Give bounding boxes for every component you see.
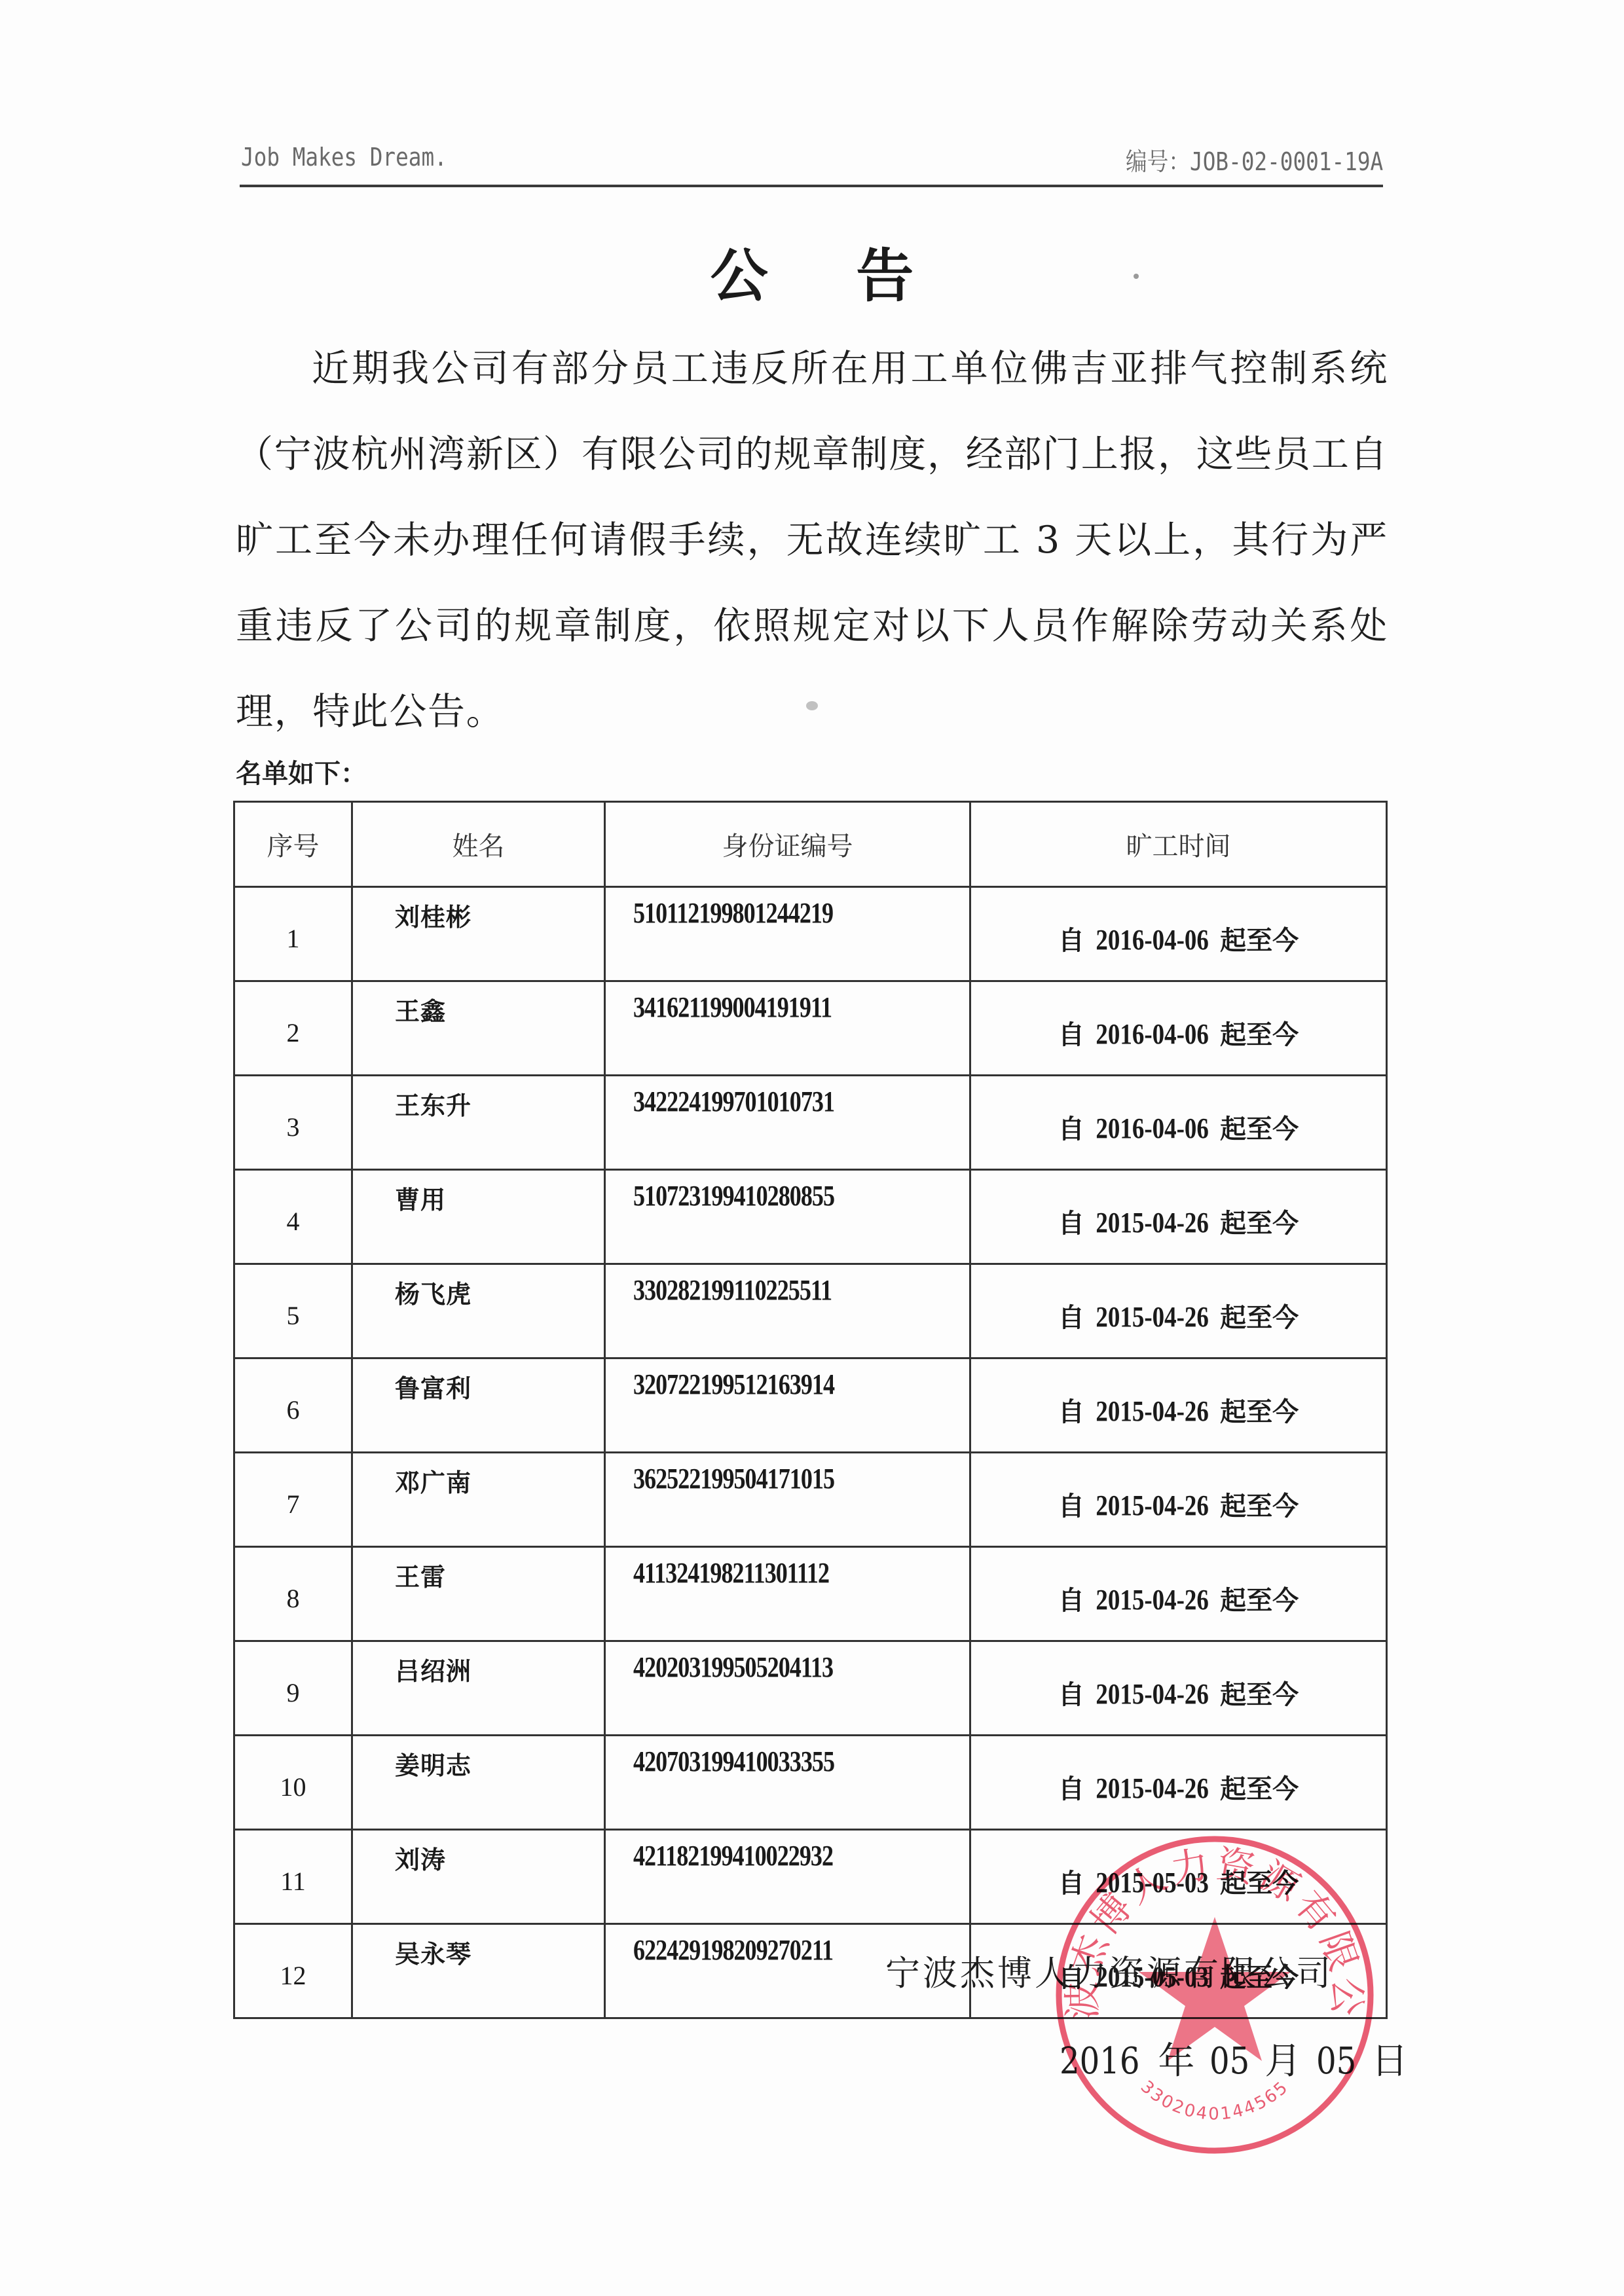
row-name: 吴永琴 xyxy=(395,1934,604,1970)
row-absence-cell: 自 2016-04-06 起至今 xyxy=(970,1076,1387,1170)
row-name-cell: 曹用 xyxy=(352,1170,605,1264)
signature-month-unit: 月 xyxy=(1264,2040,1301,2083)
row-index: 4 xyxy=(234,1170,352,1264)
absence-prefix: 自 xyxy=(1058,920,1084,957)
row-index: 11 xyxy=(234,1830,352,1924)
announcement-body: 近期我公司有部分员工违反所在用工单位佛吉亚排气控制系统（宁波杭州湾新区）有限公司… xyxy=(236,326,1388,755)
document-page: Job Makes Dream. 编号：JOB-02-0001-19A 公 告 … xyxy=(0,0,1624,2296)
row-absence-cell: 自 2015-04-26 起至今 xyxy=(970,1170,1387,1264)
row-absence-time: 自 2015-04-26 起至今 xyxy=(1058,1203,1299,1240)
absence-prefix: 自 xyxy=(1058,1203,1084,1240)
row-id-number: 420203199505204113 xyxy=(633,1650,909,1684)
row-name: 王鑫 xyxy=(395,991,604,1027)
absence-date: 2016-04-06 xyxy=(1096,923,1208,957)
row-id-number: 341621199004191911 xyxy=(633,991,909,1024)
absence-suffix: 起至今 xyxy=(1220,1014,1299,1051)
row-absence-cell: 自 2015-04-26 起至今 xyxy=(970,1736,1387,1830)
absence-date: 2015-04-26 xyxy=(1096,1677,1208,1711)
table-body: 1刘桂彬510112199801244219自 2016-04-06 起至今2王… xyxy=(234,887,1387,2018)
row-name-cell: 姜明志 xyxy=(352,1736,605,1830)
row-name: 曹用 xyxy=(395,1180,604,1216)
row-id-cell: 510723199410280855 xyxy=(605,1170,970,1264)
row-index: 8 xyxy=(234,1547,352,1641)
row-absence-time: 自 2016-04-06 起至今 xyxy=(1058,920,1299,957)
row-name: 王雷 xyxy=(395,1557,604,1593)
row-id-number: 510723199410280855 xyxy=(633,1179,909,1212)
absence-date: 2016-04-06 xyxy=(1096,1017,1208,1051)
row-id-cell: 342224199701010731 xyxy=(605,1076,970,1170)
row-name-cell: 杨飞虎 xyxy=(352,1264,605,1358)
row-index: 1 xyxy=(234,887,352,981)
row-name: 鲁富利 xyxy=(395,1368,604,1404)
header-doc-number: 编号：JOB-02-0001-19A xyxy=(1126,141,1383,177)
absence-date: 2015-04-26 xyxy=(1096,1300,1208,1334)
row-name-cell: 吕绍洲 xyxy=(352,1641,605,1736)
row-name-cell: 王雷 xyxy=(352,1547,605,1641)
row-absence-time: 自 2015-04-26 起至今 xyxy=(1058,1580,1299,1617)
absence-date: 2015-04-26 xyxy=(1096,1489,1208,1522)
absence-suffix: 起至今 xyxy=(1220,1391,1299,1429)
signature-company: 宁波杰博人力资源有限公司 xyxy=(885,1946,1333,1995)
signature-day-unit: 日 xyxy=(1371,2040,1408,2083)
absence-suffix: 起至今 xyxy=(1220,1674,1299,1711)
row-name: 邓广南 xyxy=(395,1463,604,1499)
absence-prefix: 自 xyxy=(1058,1391,1084,1429)
row-name-cell: 王东升 xyxy=(352,1076,605,1170)
row-index: 2 xyxy=(234,981,352,1076)
header-divider xyxy=(240,185,1383,187)
row-name-cell: 吴永琴 xyxy=(352,1924,605,2018)
row-absence-cell: 自 2015-05-03 起至今 xyxy=(970,1830,1387,1924)
column-header-id-number: 身份证编号 xyxy=(605,802,970,887)
absence-prefix: 自 xyxy=(1058,1863,1084,1900)
absence-date: 2015-05-03 xyxy=(1096,1866,1208,1899)
absence-prefix: 自 xyxy=(1058,1108,1084,1146)
row-name: 杨飞虎 xyxy=(395,1274,604,1310)
row-id-cell: 420703199410033355 xyxy=(605,1736,970,1830)
row-absence-time: 自 2015-05-03 起至今 xyxy=(1058,1863,1299,1900)
absence-suffix: 起至今 xyxy=(1220,920,1299,957)
list-label: 名单如下： xyxy=(236,753,367,790)
column-header-index: 序号 xyxy=(234,802,352,887)
table-row: 7邓广南362522199504171015自 2015-04-26 起至今 xyxy=(234,1453,1387,1547)
row-absence-time: 自 2015-04-26 起至今 xyxy=(1058,1391,1299,1429)
row-id-number: 510112199801244219 xyxy=(633,896,909,930)
row-absence-cell: 自 2015-04-26 起至今 xyxy=(970,1358,1387,1453)
row-index: 9 xyxy=(234,1641,352,1736)
absence-date: 2015-04-26 xyxy=(1096,1583,1208,1616)
row-name: 刘涛 xyxy=(395,1840,604,1876)
row-index: 5 xyxy=(234,1264,352,1358)
signature-day: 05 xyxy=(1316,2040,1356,2083)
column-header-absence-time: 旷工时间 xyxy=(970,802,1387,887)
row-absence-time: 自 2015-04-26 起至今 xyxy=(1058,1485,1299,1523)
table-row: 9吕绍洲420203199505204113自 2015-04-26 起至今 xyxy=(234,1641,1387,1736)
row-id-cell: 510112199801244219 xyxy=(605,887,970,981)
row-name-cell: 鲁富利 xyxy=(352,1358,605,1453)
table-row: 4曹用510723199410280855自 2015-04-26 起至今 xyxy=(234,1170,1387,1264)
document-title: 公 告 xyxy=(0,230,1624,313)
table-row: 1刘桂彬510112199801244219自 2016-04-06 起至今 xyxy=(234,887,1387,981)
row-index: 7 xyxy=(234,1453,352,1547)
table-row: 10姜明志420703199410033355自 2015-04-26 起至今 xyxy=(234,1736,1387,1830)
row-name: 姜明志 xyxy=(395,1745,604,1781)
row-name-cell: 刘涛 xyxy=(352,1830,605,1924)
row-name: 吕绍洲 xyxy=(395,1651,604,1687)
row-id-number: 362522199504171015 xyxy=(633,1462,909,1495)
row-absence-cell: 自 2015-04-26 起至今 xyxy=(970,1453,1387,1547)
row-id-number: 320722199512163914 xyxy=(633,1368,909,1401)
table-row: 8王雷411324198211301112自 2015-04-26 起至今 xyxy=(234,1547,1387,1641)
absence-suffix: 起至今 xyxy=(1220,1580,1299,1617)
row-absence-cell: 自 2015-04-26 起至今 xyxy=(970,1547,1387,1641)
column-header-name: 姓名 xyxy=(352,802,605,887)
row-name: 王东升 xyxy=(395,1085,604,1121)
row-id-number: 342224199701010731 xyxy=(633,1085,909,1118)
row-id-cell: 411324198211301112 xyxy=(605,1547,970,1641)
scan-speck xyxy=(806,701,818,710)
absence-date: 2015-04-26 xyxy=(1096,1394,1208,1428)
table-row: 3王东升342224199701010731自 2016-04-06 起至今 xyxy=(234,1076,1387,1170)
absence-suffix: 起至今 xyxy=(1220,1485,1299,1523)
row-name-cell: 邓广南 xyxy=(352,1453,605,1547)
row-name: 刘桂彬 xyxy=(395,897,604,933)
row-absence-cell: 自 2016-04-06 起至今 xyxy=(970,887,1387,981)
row-absence-cell: 自 2015-04-26 起至今 xyxy=(970,1264,1387,1358)
row-id-cell: 341621199004191911 xyxy=(605,981,970,1076)
row-name-cell: 刘桂彬 xyxy=(352,887,605,981)
row-id-cell: 421182199410022932 xyxy=(605,1830,970,1924)
signature-year-unit: 年 xyxy=(1158,2040,1194,2083)
row-id-number: 330282199110225511 xyxy=(633,1273,909,1307)
row-absence-time: 自 2015-04-26 起至今 xyxy=(1058,1768,1299,1806)
absence-date: 2016-04-06 xyxy=(1096,1112,1208,1145)
row-absence-time: 自 2015-04-26 起至今 xyxy=(1058,1297,1299,1334)
row-id-cell: 362522199504171015 xyxy=(605,1453,970,1547)
absence-prefix: 自 xyxy=(1058,1014,1084,1051)
table-header-row: 序号 姓名 身份证编号 旷工时间 xyxy=(234,802,1387,887)
absence-suffix: 起至今 xyxy=(1220,1768,1299,1806)
absence-prefix: 自 xyxy=(1058,1580,1084,1617)
absence-suffix: 起至今 xyxy=(1220,1203,1299,1240)
absence-prefix: 自 xyxy=(1058,1674,1084,1711)
absence-suffix: 起至今 xyxy=(1220,1863,1299,1900)
table-row: 5杨飞虎330282199110225511自 2015-04-26 起至今 xyxy=(234,1264,1387,1358)
absence-prefix: 自 xyxy=(1058,1297,1084,1334)
absence-date: 2015-04-26 xyxy=(1096,1772,1208,1805)
row-id-number: 411324198211301112 xyxy=(633,1556,909,1590)
header-slogan: Job Makes Dream. xyxy=(241,143,447,172)
signature-month: 05 xyxy=(1209,2040,1249,2083)
row-id-cell: 330282199110225511 xyxy=(605,1264,970,1358)
table-row: 2王鑫341621199004191911自 2016-04-06 起至今 xyxy=(234,981,1387,1076)
row-absence-cell: 自 2016-04-06 起至今 xyxy=(970,981,1387,1076)
row-absence-time: 自 2015-04-26 起至今 xyxy=(1058,1674,1299,1711)
row-index: 10 xyxy=(234,1736,352,1830)
table-row: 6鲁富利320722199512163914自 2015-04-26 起至今 xyxy=(234,1358,1387,1453)
row-id-cell: 320722199512163914 xyxy=(605,1358,970,1453)
row-id-number: 622429198209270211 xyxy=(633,1933,909,1967)
row-absence-time: 自 2016-04-06 起至今 xyxy=(1058,1108,1299,1146)
absence-prefix: 自 xyxy=(1058,1768,1084,1806)
row-absence-cell: 自 2015-04-26 起至今 xyxy=(970,1641,1387,1736)
row-name-cell: 王鑫 xyxy=(352,981,605,1076)
signature-date: 2016 年 05 月 05 日 xyxy=(1053,2032,1408,2085)
absence-suffix: 起至今 xyxy=(1220,1297,1299,1334)
dismissal-table: 序号 姓名 身份证编号 旷工时间 1刘桂彬510112199801244219自… xyxy=(233,801,1388,2019)
absence-prefix: 自 xyxy=(1058,1485,1084,1523)
row-index: 3 xyxy=(234,1076,352,1170)
row-index: 6 xyxy=(234,1358,352,1453)
row-absence-time: 自 2016-04-06 起至今 xyxy=(1058,1014,1299,1051)
row-id-cell: 420203199505204113 xyxy=(605,1641,970,1736)
row-id-number: 420703199410033355 xyxy=(633,1745,909,1778)
scan-speck xyxy=(1134,274,1139,279)
table-row: 11刘涛421182199410022932自 2015-05-03 起至今 xyxy=(234,1830,1387,1924)
absence-suffix: 起至今 xyxy=(1220,1108,1299,1146)
absence-date: 2015-04-26 xyxy=(1096,1206,1208,1239)
row-id-number: 421182199410022932 xyxy=(633,1839,909,1872)
signature-year: 2016 xyxy=(1060,2040,1140,2083)
row-index: 12 xyxy=(234,1924,352,2018)
